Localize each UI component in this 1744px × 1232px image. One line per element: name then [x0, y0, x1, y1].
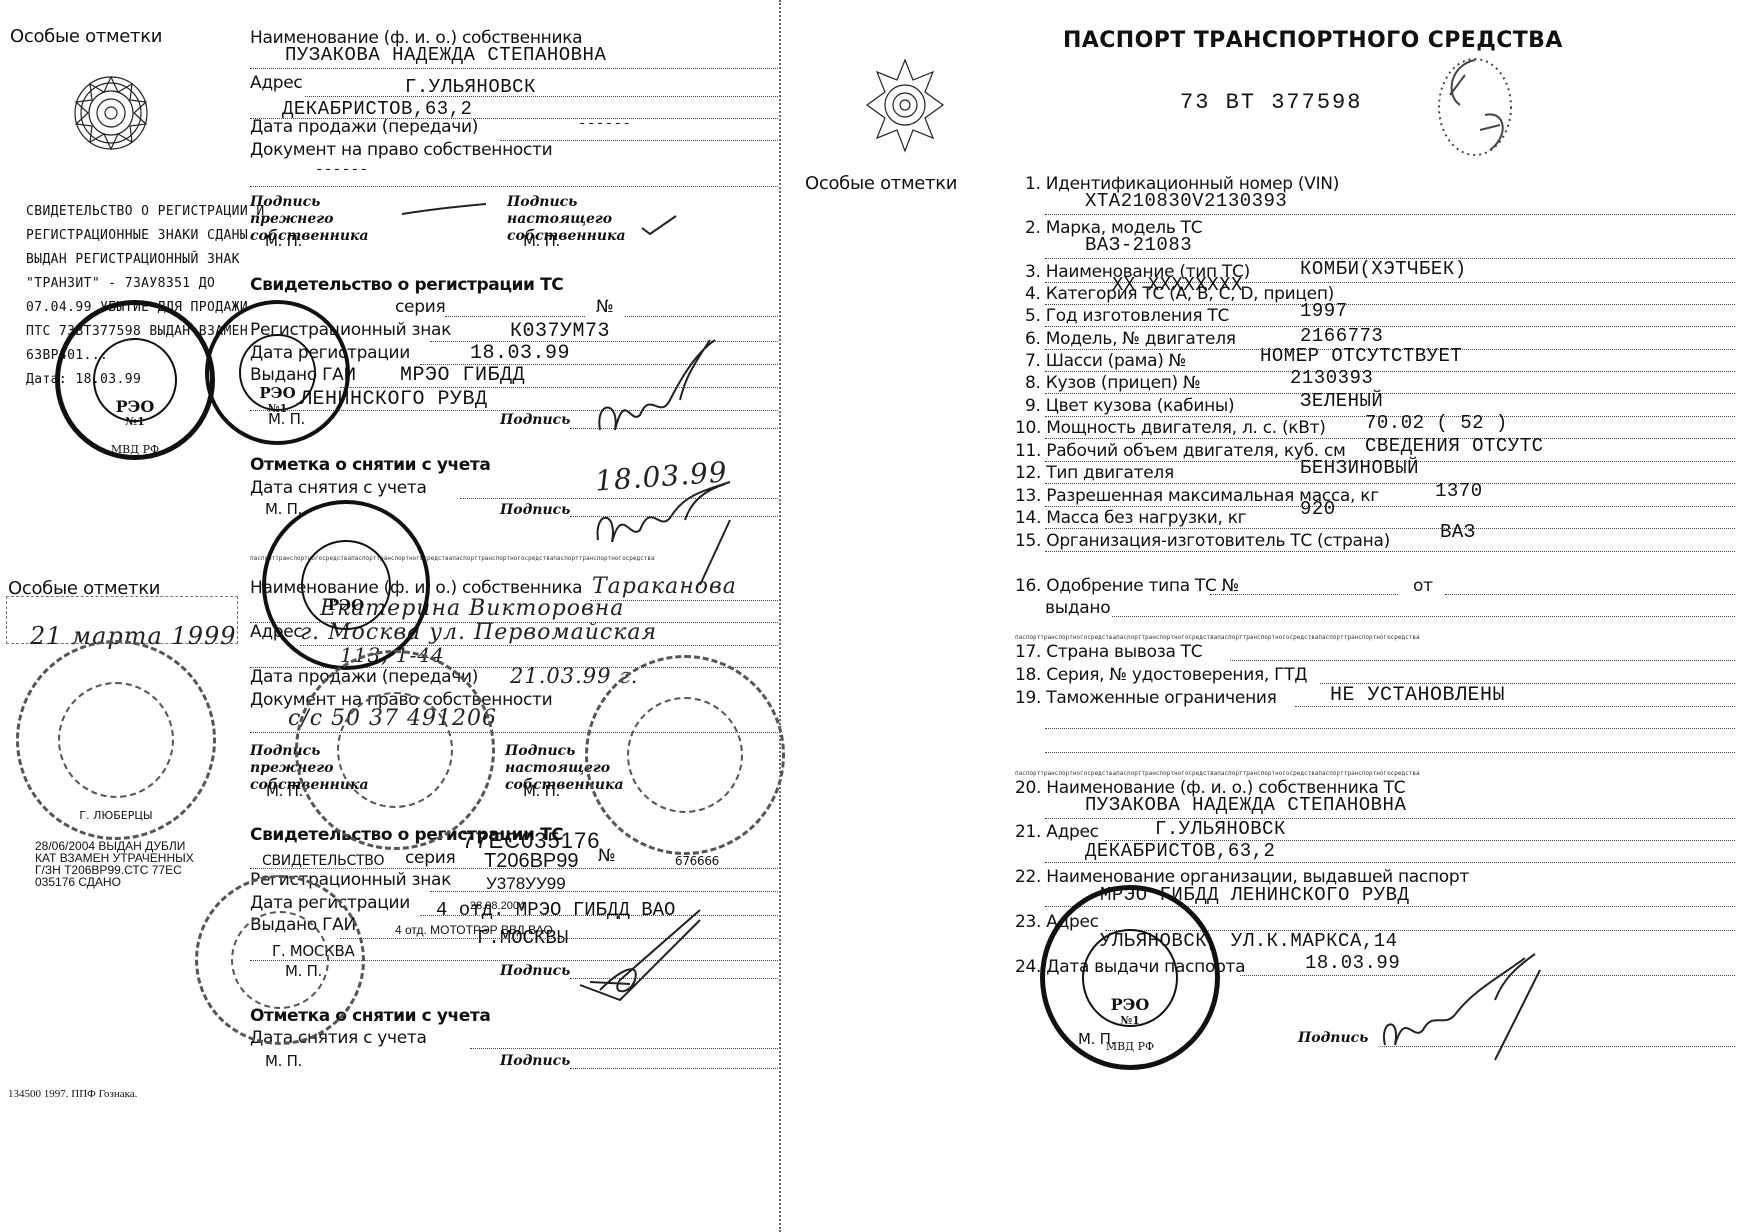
microtext-divider: паспорттранспортногосредствапаспорттранс…: [1015, 634, 1735, 641]
stamp-place-label: М. П.: [523, 782, 560, 800]
field-value: 2130393: [1290, 367, 1373, 389]
star-ornament-icon: [865, 58, 945, 153]
field-label: 5. Год изготовления ТС: [1025, 306, 1229, 326]
owner-value: ПУЗАКОВА НАДЕЖДА СТЕПАНОВНА: [1085, 794, 1406, 816]
address-label: 21. Адрес: [1015, 822, 1099, 842]
document-title: ПАСПОРТ ТРАНСПОРТНОГО СРЕДСТВА: [1063, 28, 1563, 53]
ownership-doc-label: Документ на право собственности: [250, 140, 552, 160]
customs-value: НЕ УСТАНОВЛЕНЫ: [1330, 684, 1505, 707]
hologram-emblem-icon: [1430, 55, 1520, 160]
handwritten-signature-icon: [560, 900, 710, 1010]
reo-stamp: РЭО: [262, 500, 430, 670]
owner-value: ПУЗАКОВА НАДЕЖДА СТЕПАНОВНА: [285, 44, 606, 66]
field-value: НОМЕР ОТСУТСТВУЕТ: [1260, 345, 1462, 367]
customs-label: 17. Страна вывоза ТС: [1015, 642, 1202, 662]
rosette-ornament-icon: [70, 72, 152, 154]
approval-from-label: от: [1413, 576, 1433, 596]
side-note-line: ВЫДАН РЕГИСТРАЦИОННЫЙ ЗНАК: [26, 248, 265, 272]
signature-label: Подпись: [500, 1053, 570, 1070]
duplicate-note: 28/06/2004 ВЫДАН ДУБЛИ КАТ ВЗАМЕН УТРАЧЕ…: [35, 840, 194, 888]
field-value: 920: [1300, 498, 1336, 520]
dereg-date-label: Дата снятия с учета: [250, 478, 427, 498]
reo-stamp: РЭО №1: [205, 300, 350, 445]
sale-date-label: Дата продажи (передачи): [250, 117, 478, 137]
field-value: 70.02 ( 52 ): [1365, 412, 1508, 434]
field-value: СВЕДЕНИЯ ОТСУТС: [1365, 435, 1544, 457]
field-label: 8. Кузов (прицеп) №: [1025, 373, 1200, 393]
address-line-1: Г.УЛЬЯНОВСК: [1155, 818, 1286, 840]
customs-label: 19. Таможенные ограничения: [1015, 688, 1277, 708]
field-value: ВАЗ: [1440, 521, 1476, 543]
field-value: ЗЕЛЕНЫЙ: [1300, 390, 1383, 412]
field-value: 1370: [1435, 480, 1483, 502]
reg-date-value: 18.03.99: [470, 342, 570, 365]
deregistration-heading: Отметка о снятии с учета: [250, 455, 490, 475]
stamp-text: РЭО: [1045, 995, 1215, 1014]
field-label: 6. Модель, № двигателя: [1025, 329, 1236, 349]
special-marks-heading: Особые отметки: [805, 173, 957, 194]
handwritten-signature-icon: [1375, 950, 1545, 1070]
signature-label: Подпись: [500, 412, 570, 429]
approval-issued-label: выдано: [1045, 598, 1110, 618]
field-value: 1997: [1300, 300, 1348, 322]
special-marks-heading: Особые отметки: [10, 26, 162, 47]
field-label: 15. Организация-изготовитель ТС (страна): [1015, 531, 1390, 551]
moscow-gibdd-stamp: [195, 875, 365, 1045]
handwritten-signature-icon: [590, 330, 720, 450]
issued-value: МРЭО ГИБДД: [400, 364, 525, 387]
address-label: Адрес: [250, 73, 302, 93]
stamp-text: №1: [209, 402, 346, 415]
ownership-doc-value: ------: [315, 162, 368, 178]
field-value: ХХ ХХХХХХХХ: [1112, 274, 1243, 296]
number-label: №: [596, 297, 613, 317]
signature-label: Подпись: [500, 502, 570, 519]
signature-check-icon: [640, 214, 680, 236]
field-label: 12. Тип двигателя: [1015, 463, 1174, 483]
reo-stamp: РЭО №1 МВД РФ: [55, 300, 215, 460]
registration-heading: Свидетельство о регистрации ТС: [250, 275, 563, 295]
field-label: 9. Цвет кузова (кабины): [1025, 396, 1234, 416]
series-label: серия: [395, 297, 445, 317]
stamp-text: РЭО: [209, 384, 346, 402]
field-value: ХТА210830V2130393: [1085, 190, 1287, 212]
address-line-1: Г.УЛЬЯНОВСК: [405, 76, 536, 98]
number-value: 676666: [675, 854, 719, 868]
stamp-text: МВД РФ: [1045, 1040, 1215, 1053]
microtext-divider: паспорттранспортногосредствапаспорттранс…: [1015, 770, 1735, 777]
approval-label: 16. Одобрение типа ТС №: [1015, 576, 1239, 596]
side-note-line: "ТРАНЗИТ" - 73АУ8351 ДО: [26, 272, 265, 296]
cert-prefix: СВИДЕТЕЛЬСТВО: [262, 853, 384, 869]
field-value: ВАЗ-21083: [1085, 234, 1192, 256]
address-line-2: ДЕКАБРИСТОВ,63,2: [1085, 840, 1275, 862]
stamp-text: РЭО: [266, 596, 426, 614]
reo-stamp: РЭО №1 МВД РФ: [1040, 885, 1220, 1070]
passport-serial: 73 ВТ 377598: [1180, 90, 1362, 115]
moscow-stamp: [585, 655, 785, 855]
field-label: 10. Мощность двигателя, л. с. (кВт): [1015, 418, 1326, 438]
stamp-place-label: М. П.: [266, 782, 303, 800]
stamp-text: №1: [1045, 1014, 1215, 1027]
field-value: 2166773: [1300, 325, 1383, 347]
field-label: 7. Шасси (рама) №: [1025, 351, 1186, 371]
field-value: БЕНЗИНОВЫЙ: [1300, 457, 1419, 479]
stamp-place-label: М. П.: [265, 1052, 302, 1070]
number-label: №: [598, 846, 615, 866]
customs-label: 18. Серия, № удостоверения, ГТД: [1015, 665, 1307, 685]
lyubertsy-stamp: Г. ЛЮБЕРЦЫ: [16, 640, 216, 840]
page-fold: [779, 0, 781, 1232]
stamp-text: №1: [60, 415, 210, 428]
series-label: серия: [405, 848, 455, 868]
stamp-place-label: М. П.: [265, 232, 302, 250]
field-label: 11. Рабочий объем двигателя, куб. см: [1015, 441, 1346, 461]
stamp-text: РЭО: [60, 397, 210, 416]
field-label: 14. Масса без нагрузки, кг: [1015, 508, 1246, 528]
side-note-line: СВИДЕТЕЛЬСТВО О РЕГИСТРАЦИИ И: [26, 200, 265, 224]
sale-date-value: ------: [578, 116, 631, 132]
signature-label: Подпись: [1298, 1030, 1368, 1047]
stamp-place-label: М. П.: [523, 232, 560, 250]
stamp-text: МВД РФ: [60, 443, 210, 456]
plate-value: Т206ВР99: [484, 850, 579, 873]
side-note-line: РЕГИСТРАЦИОННЫЕ ЗНАКИ СДАНЫ: [26, 224, 265, 248]
signature-scribble-icon: [400, 200, 490, 220]
field-value: КОМБИ(ХЭТЧБЕК): [1300, 258, 1467, 280]
stamp-text: Г. ЛЮБЕРЦЫ: [19, 809, 213, 822]
lyubertsy-stamp: [295, 650, 495, 850]
duplicate-note-line: 035176 СДАНО: [35, 876, 194, 888]
imprint: 134500 1997. ППФ Гознака.: [8, 1088, 137, 1100]
